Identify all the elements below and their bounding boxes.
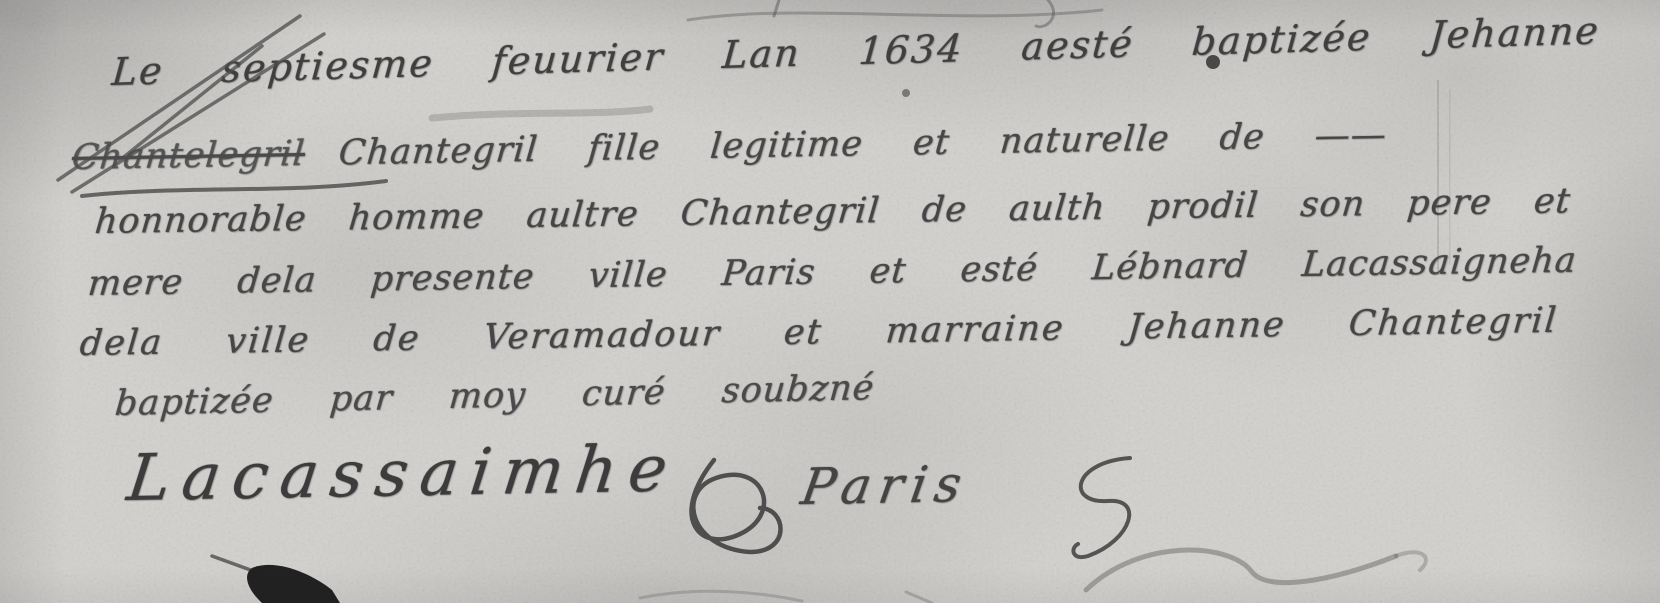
manuscript-page: Le septiesme feuurier Lan 1634 aesté bap… [0,0,1660,603]
struck-through-word: Chantelegril [70,134,306,178]
signature-place: Paris [797,455,973,516]
priest-signature: Lacassaimhe [123,432,683,516]
